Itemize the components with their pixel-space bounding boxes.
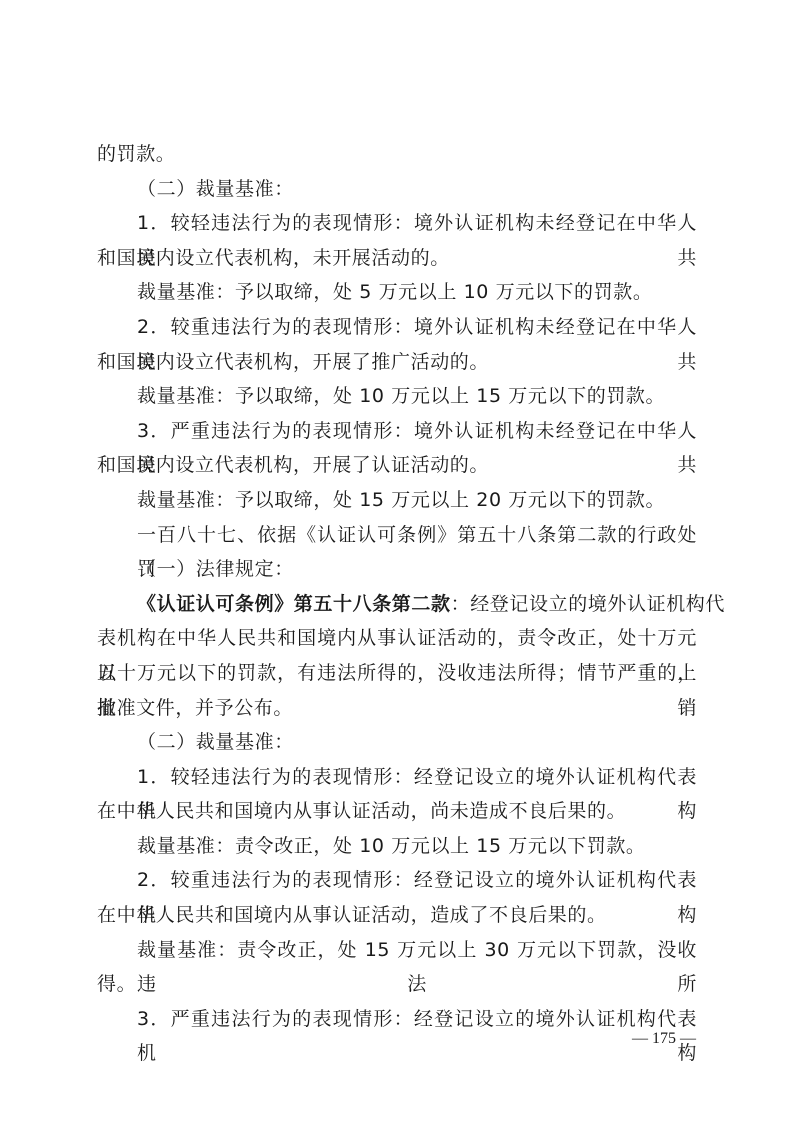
text-line: 2．较重违法行为的表现情形：境外认证机构未经登记在中华人民共 xyxy=(97,310,697,345)
discretion-standard-line: 裁量基准：予以取缔，处 15 万元以上 20 万元以下的罚款。 xyxy=(97,483,697,518)
text-line: 的罚款。 xyxy=(97,137,697,172)
discretion-standard-line: 裁量基准：责令改正，处 15 万元以上 30 万元以下罚款，没收违法所 xyxy=(97,933,697,968)
legal-provision-line: 《认证认可条例》第五十八条第二款：经登记设立的境外认证机构代 xyxy=(97,587,697,622)
text-line: 2．较重违法行为的表现情形：经登记设立的境外认证机构代表机构 xyxy=(97,863,697,898)
page-number: — 175 — xyxy=(632,1030,696,1048)
discretion-standard-line: 裁量基准：予以取缔，处 5 万元以上 10 万元以下的罚款。 xyxy=(97,275,697,310)
section-heading-discretion: （二）裁量基准： xyxy=(97,172,697,207)
article-heading-187: 一百八十七、依据《认证认可条例》第五十八条第二款的行政处罚 xyxy=(97,518,697,553)
provision-citation: 《认证认可条例》第五十八条第二款 xyxy=(137,587,451,622)
text-line: 五十万元以下的罚款，有违法所得的，没收违法所得；情节严重的，撤销 xyxy=(97,656,697,691)
section-heading-legal-provision: （一）法律规定： xyxy=(97,552,697,587)
text-line: 表机构在中华人民共和国境内从事认证活动的，责令改正，处十万元以上 xyxy=(97,621,697,656)
text-line: 在中华人民共和国境内从事认证活动，尚未造成不良后果的。 xyxy=(97,794,697,829)
text-line: 1．较轻违法行为的表现情形：境外认证机构未经登记在中华人民共 xyxy=(97,206,697,241)
text-line: 1．较轻违法行为的表现情形：经登记设立的境外认证机构代表机构 xyxy=(97,760,697,795)
text-line: 3．严重违法行为的表现情形：境外认证机构未经登记在中华人民共 xyxy=(97,414,697,449)
text-line: 3．严重违法行为的表现情形：经登记设立的境外认证机构代表机构 xyxy=(97,1002,697,1037)
discretion-standard-line: 裁量基准：予以取缔，处 10 万元以上 15 万元以下的罚款。 xyxy=(97,379,697,414)
section-heading-discretion: （二）裁量基准： xyxy=(97,725,697,760)
discretion-standard-line: 裁量基准：责令改正，处 10 万元以上 15 万元以下罚款。 xyxy=(97,829,697,864)
provision-text: ：经登记设立的境外认证机构代 xyxy=(451,587,725,622)
document-body: 的罚款。 （二）裁量基准： 1．较轻违法行为的表现情形：境外认证机构未经登记在中… xyxy=(97,137,697,1036)
